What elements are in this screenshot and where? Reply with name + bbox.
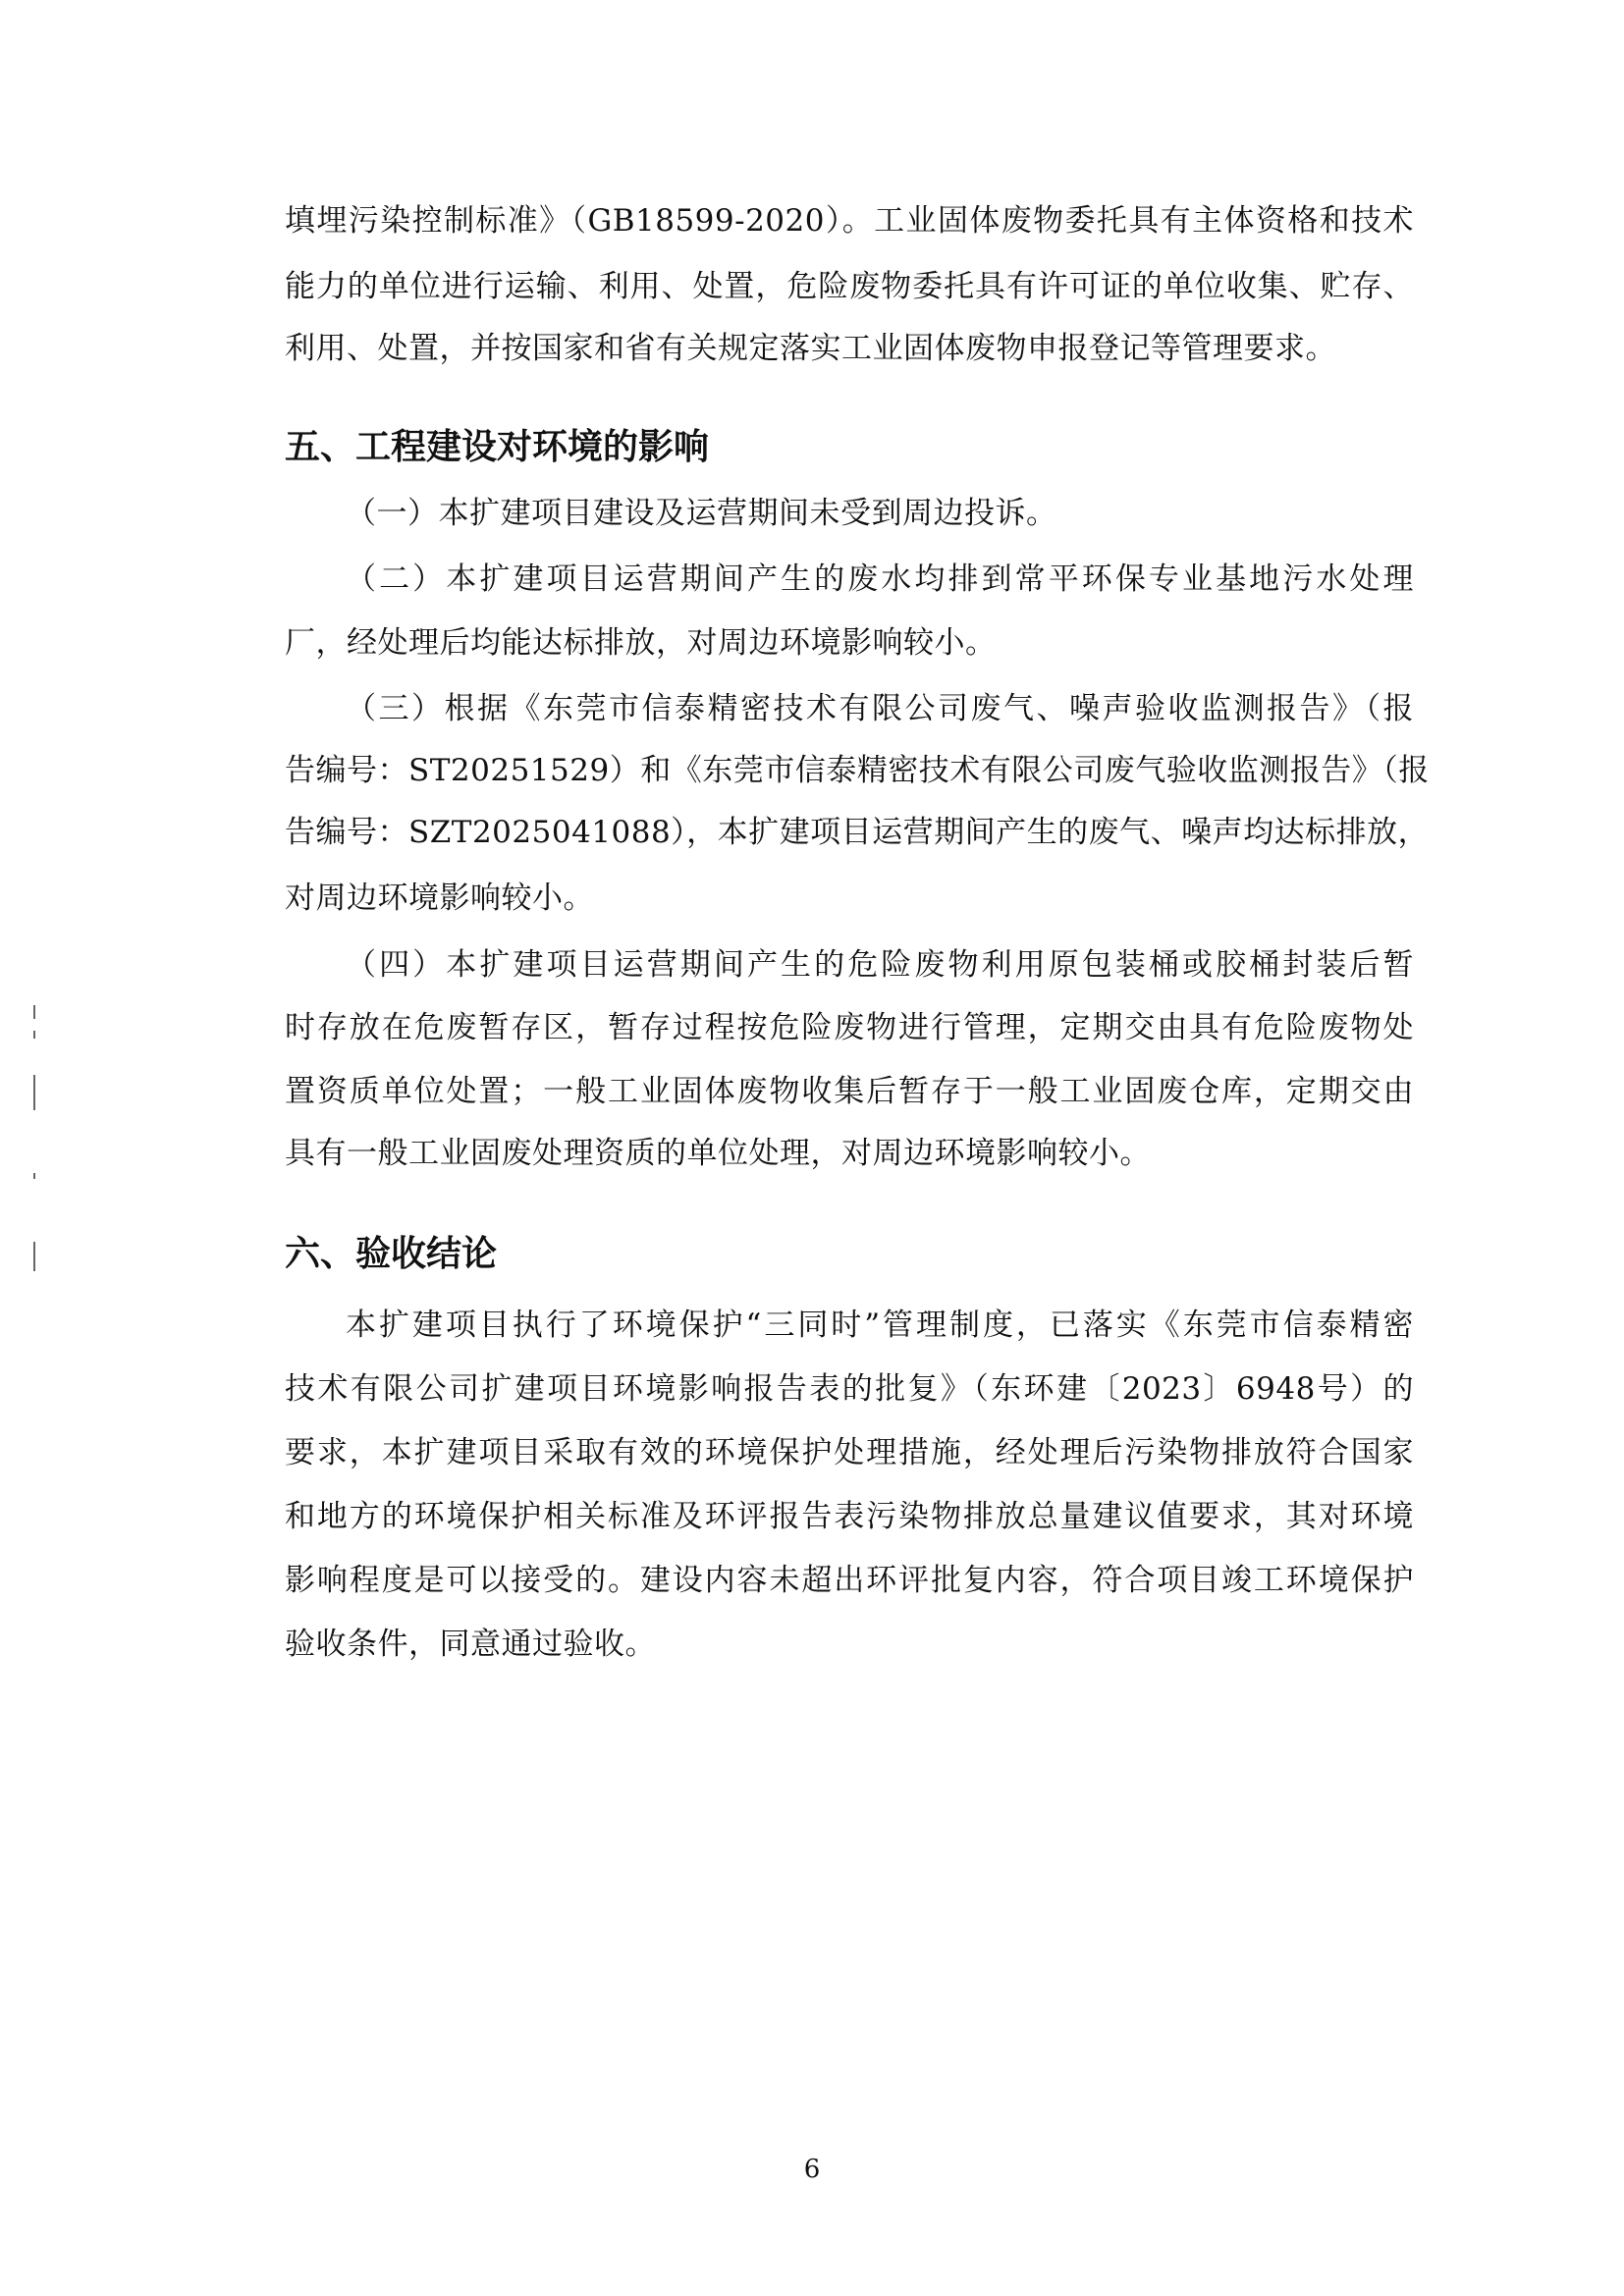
paragraph-line: 填埋污染控制标准》（GB18599-2020）。工业固体废物委托具有主体资格和技… bbox=[285, 201, 1414, 240]
paragraph-line: （四）本扩建项目运营期间产生的危险废物利用原包装桶或胶桶封装后暂 bbox=[346, 945, 1414, 985]
section-heading-6: 六、验收结论 bbox=[285, 1233, 497, 1276]
paragraph-line: 时存放在危废暂存区，暂存过程按危险废物进行管理，定期交由具有危险废物处 bbox=[285, 1008, 1414, 1047]
paragraph-line: 和地方的环境保护相关标准及环评报告表污染物排放总量建议值要求，其对环境 bbox=[285, 1497, 1414, 1536]
scan-mark bbox=[33, 1173, 35, 1179]
paragraph-line: 告编号：SZT2025041088），本扩建项目运营期间产生的废气、噪声均达标排… bbox=[285, 813, 1414, 852]
paragraph-line: 本扩建项目执行了环境保护“三同时”管理制度，已落实《东莞市信泰精密 bbox=[346, 1306, 1414, 1345]
scan-mark bbox=[33, 1031, 35, 1039]
paragraph-line: 验收条件，同意通过验收。 bbox=[285, 1625, 1414, 1664]
paragraph-line: （一）本扩建项目建设及运营期间未受到周边投诉。 bbox=[346, 494, 1414, 533]
paragraph-line: 对周边环境影响较小。 bbox=[285, 879, 1414, 918]
section-heading-5: 五、工程建设对环境的影响 bbox=[285, 426, 709, 469]
paragraph-line: 具有一般工业固废处理资质的单位处理，对周边环境影响较小。 bbox=[285, 1134, 1414, 1173]
paragraph-line: 技术有限公司扩建项目环境影响报告表的批复》（东环建〔2023〕6948号）的 bbox=[285, 1369, 1414, 1409]
paragraph-line: 能力的单位进行运输、利用、处置，危险废物委托具有许可证的单位收集、贮存、 bbox=[285, 267, 1414, 306]
paragraph-line: 告编号：ST20251529）和《东莞市信泰精密技术有限公司废气验收监测报告》（… bbox=[285, 751, 1414, 790]
scan-mark bbox=[33, 1005, 35, 1019]
scan-mark bbox=[33, 1075, 35, 1110]
paragraph-line: 影响程度是可以接受的。建设内容未超出环评批复内容，符合项目竣工环境保护 bbox=[285, 1561, 1414, 1600]
scan-mark bbox=[33, 1242, 35, 1271]
paragraph-line: 要求，本扩建项目采取有效的环境保护处理措施，经处理后污染物排放符合国家 bbox=[285, 1433, 1414, 1472]
paragraph-line: 厂，经处理后均能达标排放，对周边环境影响较小。 bbox=[285, 623, 1414, 663]
paragraph-line: 置资质单位处置；一般工业固体废物收集后暂存于一般工业固废仓库，定期交由 bbox=[285, 1072, 1414, 1111]
paragraph-line: （三）根据《东莞市信泰精密技术有限公司废气、噪声验收监测报告》（报 bbox=[346, 689, 1414, 728]
paragraph-line: （二）本扩建项目运营期间产生的废水均排到常平环保专业基地污水处理 bbox=[346, 560, 1414, 599]
page-number: 6 bbox=[0, 2155, 1624, 2184]
paragraph-line: 利用、处置，并按国家和省有关规定落实工业固体废物申报登记等管理要求。 bbox=[285, 329, 1414, 368]
